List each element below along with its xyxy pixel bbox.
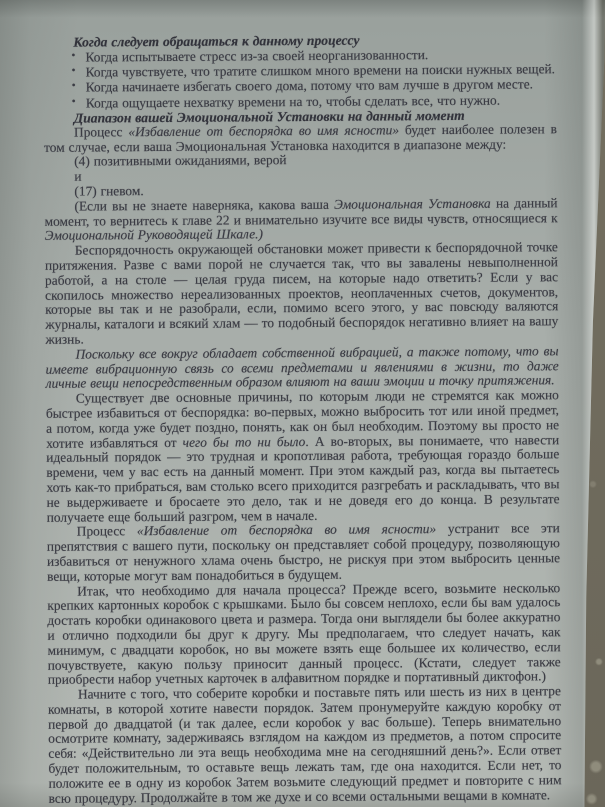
paragraph-start-instructions: Начните с того, что соберите коробки и п… — [48, 684, 562, 806]
emotional-setpoint-term: Эмоциональная Установка — [334, 195, 491, 211]
paragraph-emotional-range: Процесс «Избавление от беспорядка во имя… — [44, 122, 557, 155]
paragraph-process-benefit: Процесс «Избавление от беспорядка во имя… — [47, 522, 560, 585]
paragraph-disorder-effects: Беспорядочность окружающей обстановки мо… — [45, 240, 559, 347]
paragraph-boxes-preparation: Итак, что необходимо для начала процесса… — [47, 581, 561, 688]
paragraph-two-reasons: Существует две основные причины, по кото… — [46, 388, 560, 525]
paragraph-text: Процесс — [77, 523, 137, 538]
bullet-icon: • — [72, 94, 76, 109]
page-text-block: Когда следует обращаться к данному проце… — [43, 31, 561, 806]
bullet-icon: • — [72, 64, 76, 79]
bullet-list: • Когда испытываете стресс из-за своей н… — [43, 46, 556, 110]
paragraph-text: Процесс — [74, 124, 128, 139]
bullet-icon: • — [71, 49, 75, 64]
book-page: Когда следует обращаться к данному проце… — [0, 0, 605, 807]
book-page-photo: { "colors":{ "page_top":"#99a09c", "page… — [0, 0, 605, 807]
paragraph-note-chapter-22: (Если вы не знаете наверняка, какова ваш… — [44, 196, 557, 244]
bullet-icon: • — [72, 79, 76, 94]
emphasis-text: чего бы то ни было — [183, 434, 306, 450]
list-item-text: Когда ощущаете нехватку времени на то, ч… — [86, 92, 500, 110]
paragraph-vibration-italic: Поскольку все вокруг обладает собственно… — [45, 344, 558, 392]
